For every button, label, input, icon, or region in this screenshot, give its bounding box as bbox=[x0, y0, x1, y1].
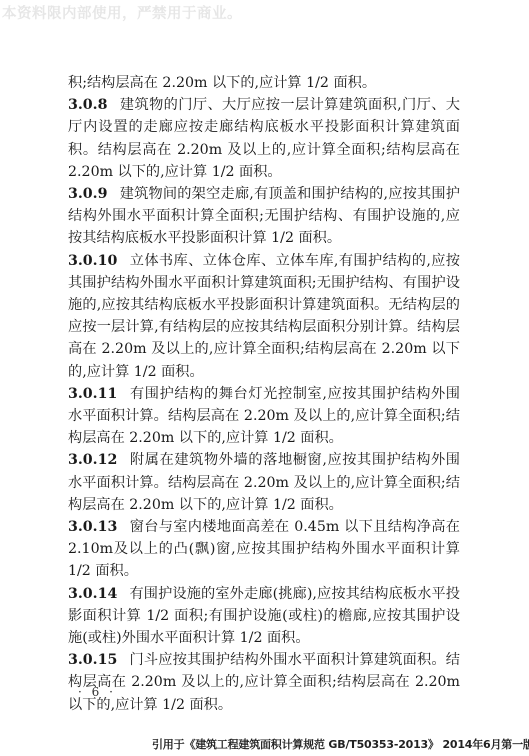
clause-3-0-11: 3.0.11有围护结构的舞台灯光控制室,应按其围护结构外围水平面积计算。结构层高… bbox=[68, 383, 460, 450]
clause-3-0-8: 3.0.8建筑物的门厅、大厅应按一层计算建筑面积,门厅、大厅内设置的走廊应按走廊… bbox=[68, 94, 460, 183]
document-body: 积;结构层高在 2.20m 以下的,应计算 1/2 面积。 3.0.8建筑物的门… bbox=[68, 72, 460, 716]
clause-3-0-14: 3.0.14有围护设施的室外走廊(挑廊),应按其结构底板水平投影面积计算 1/2… bbox=[68, 583, 460, 650]
clause-3-0-9: 3.0.9建筑物间的架空走廊,有顶盖和围护结构的,应按其围护结构外围水平面积计算… bbox=[68, 183, 460, 250]
clause-text: 立体书库、立体仓库、立体车库,有围护结构的,应按其围护结构外围水平面积计算建筑面… bbox=[68, 253, 460, 380]
clause-text: 附属在建筑物外墙的落地橱窗,应按其围护结构外围水平面积计算。结构层高在 2.20… bbox=[68, 452, 460, 512]
clause-number: 3.0.10 bbox=[68, 253, 117, 269]
clause-text: 有围护设施的室外走廊(挑廊),应按其结构底板水平投影面积计算 1/2 面积;有围… bbox=[68, 586, 460, 646]
clause-number: 3.0.9 bbox=[68, 186, 108, 202]
clause-number: 3.0.15 bbox=[68, 652, 117, 668]
clause-number: 3.0.13 bbox=[68, 519, 117, 535]
clause-number: 3.0.11 bbox=[68, 386, 117, 402]
clause-3-0-12: 3.0.12附属在建筑物外墙的落地橱窗,应按其围护结构外围水平面积计算。结构层高… bbox=[68, 449, 460, 516]
clause-text: 建筑物间的架空走廊,有顶盖和围护结构的,应按其围护结构外围水平面积计算全面积;无… bbox=[68, 186, 460, 246]
clause-3-0-10: 3.0.10立体书库、立体仓库、立体车库,有围护结构的,应按其围护结构外围水平面… bbox=[68, 250, 460, 383]
watermark: 本资料限内部使用，严禁用于商业。 bbox=[2, 2, 242, 23]
clause-number: 3.0.8 bbox=[68, 97, 108, 113]
clause-text: 建筑物的门厅、大厅应按一层计算建筑面积,门厅、大厅内设置的走廊应按走廊结构底板水… bbox=[68, 97, 460, 180]
clause-number: 3.0.12 bbox=[68, 452, 117, 468]
clause-3-0-15: 3.0.15门斗应按其围护结构外围水平面积计算建筑面积。结构层高在 2.20m … bbox=[68, 649, 460, 716]
clause-3-0-13: 3.0.13窗台与室内楼地面高差在 0.45m 以下且结构净高在 2.10m及以… bbox=[68, 516, 460, 583]
lead-in-text: 积;结构层高在 2.20m 以下的,应计算 1/2 面积。 bbox=[68, 72, 460, 94]
clause-number: 3.0.14 bbox=[68, 586, 117, 602]
page-number: · 6 · bbox=[78, 685, 116, 699]
clause-text: 有围护结构的舞台灯光控制室,应按其围护结构外围水平面积计算。结构层高在 2.20… bbox=[68, 386, 460, 446]
clause-text: 门斗应按其围护结构外围水平面积计算建筑面积。结构层高在 2.20m 及以上的,应… bbox=[68, 652, 460, 712]
citation-footer: 引用于《建筑工程建筑面积计算规范 GB/T50353-2013》 2014年6月… bbox=[152, 736, 529, 752]
clause-text: 窗台与室内楼地面高差在 0.45m 以下且结构净高在 2.10m及以上的凸(飘)… bbox=[68, 519, 460, 579]
